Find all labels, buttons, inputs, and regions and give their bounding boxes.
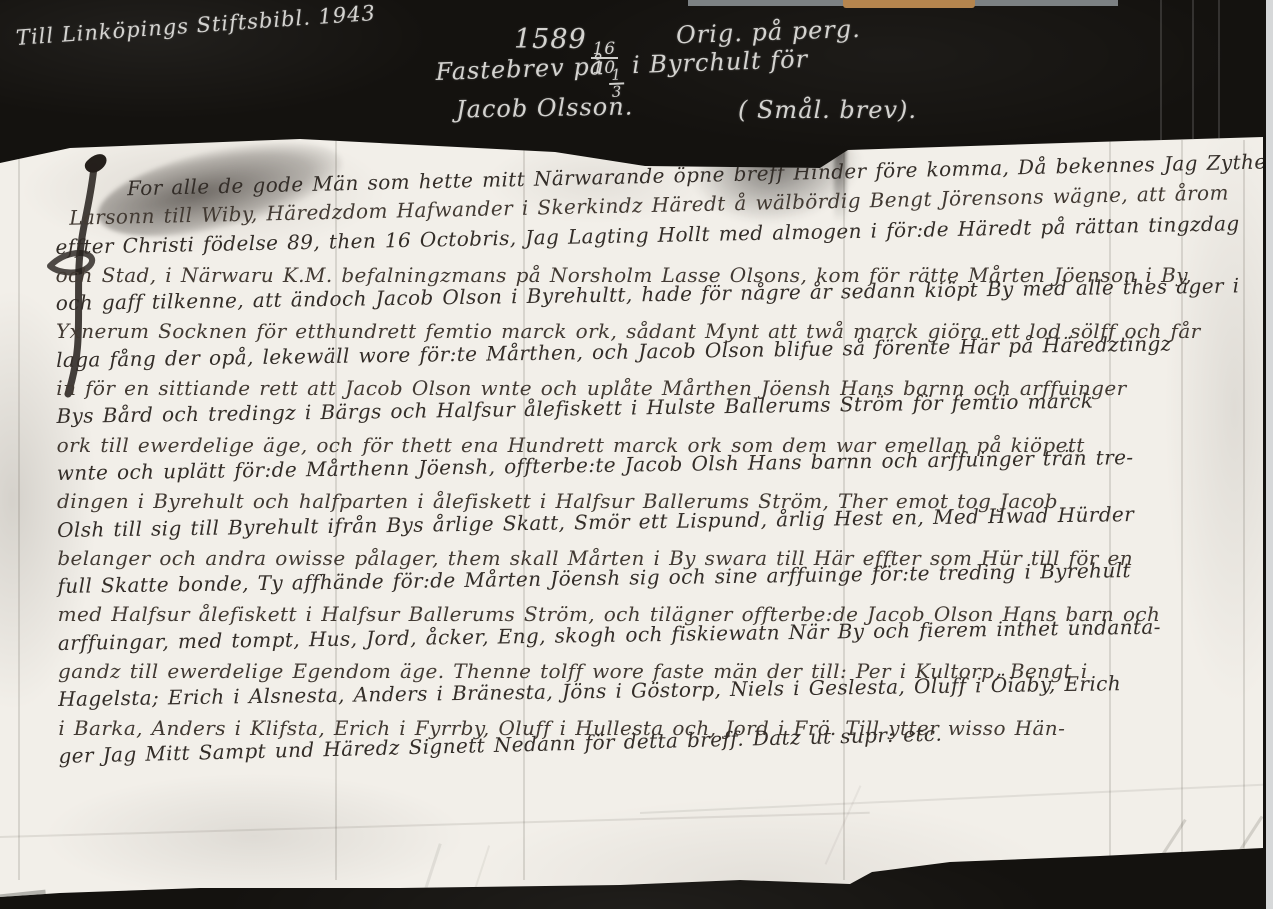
scratch-line-2 [1192,0,1194,140]
bottom-left-wedge [0,890,46,906]
document-photo: For alle de gode Män som hette mitt Närw… [0,0,1273,909]
title-prefix: Fastebrev på [435,52,605,86]
crease-diagonal-4 [468,845,490,908]
archive-note: Till Linköpings Stiftsbibl. 1943 [15,1,376,50]
right-edge-sliver [1266,0,1273,909]
name-line: Jacob Olsson. [456,92,634,123]
crease-diagonal-3 [417,843,441,909]
scratch-line-1 [1160,0,1162,140]
crease-diagonal-2 [1204,816,1264,906]
manuscript-text: For alle de gode Män som hette mitt Närw… [55,169,1259,771]
crease-vertical-1 [18,140,20,880]
parchment-sheet: For alle de gode Män som hette mitt Närw… [0,0,1273,909]
date-year: 1589 [514,24,587,55]
crease-bottom-2 [640,783,1273,814]
scratch-line-3 [1218,0,1220,140]
title-suffix: i Byrchult för [632,45,809,79]
crease-diagonal-1 [1132,819,1186,900]
top-tan-sliver [843,0,975,8]
material-note: Orig. på perg. [676,15,862,49]
crease-bottom-1 [0,812,870,838]
collection-note: ( Smål. brev). [738,96,917,124]
